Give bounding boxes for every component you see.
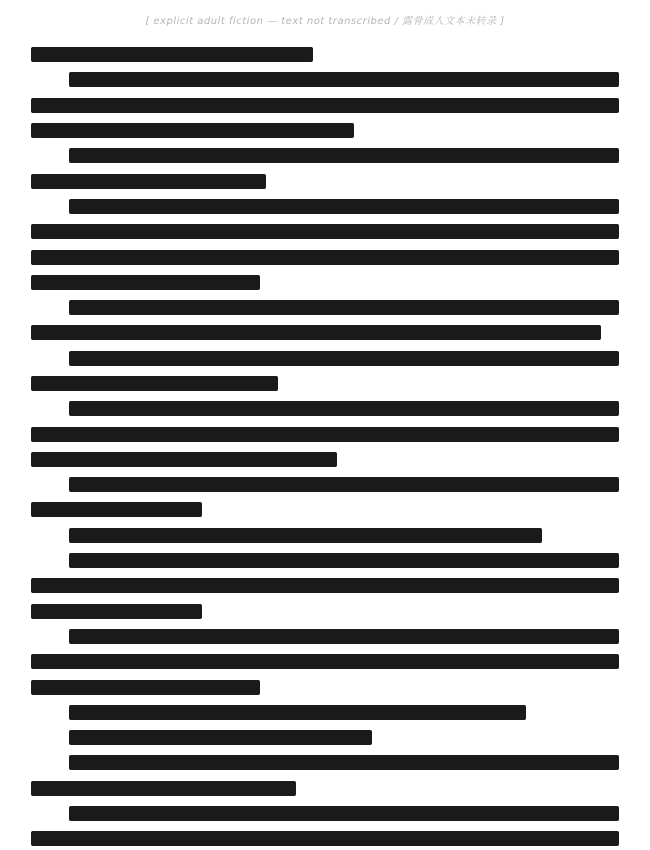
paragraph (31, 700, 619, 725)
redacted-text-line (31, 599, 619, 624)
redacted-text-line (31, 776, 619, 801)
redaction-bar (69, 477, 619, 492)
redacted-text-line (31, 320, 619, 345)
redacted-text-line (31, 750, 619, 775)
redaction-bar (69, 72, 619, 87)
redaction-bar (31, 325, 601, 340)
paragraph (31, 346, 619, 397)
redaction-bar (69, 300, 619, 315)
redaction-bar (31, 275, 260, 290)
paragraph (31, 750, 619, 801)
redaction-bar (31, 123, 354, 138)
document-page: [ explicit adult fiction — text not tran… (0, 0, 650, 850)
redaction-bar (69, 199, 619, 214)
redacted-text-line (31, 270, 619, 295)
redacted-text-line (31, 118, 619, 143)
redaction-bar (31, 376, 278, 391)
redacted-text-line (31, 573, 619, 598)
redacted-text-line (31, 801, 619, 826)
paragraph (31, 67, 619, 143)
redaction-bar (31, 174, 266, 189)
redacted-text-line (31, 244, 619, 269)
redaction-bar (31, 98, 619, 113)
redacted-text-line (31, 421, 619, 446)
text-column (31, 42, 619, 850)
redaction-bar (31, 680, 260, 695)
redaction-bar (31, 47, 313, 62)
redaction-bar (69, 705, 526, 720)
redaction-bar (69, 755, 619, 770)
paragraph (31, 725, 619, 750)
paragraph (31, 194, 619, 295)
redacted-text-line (31, 700, 619, 725)
redacted-text-line (31, 523, 619, 548)
redacted-text-line (31, 826, 619, 850)
redaction-bar (31, 427, 619, 442)
redacted-text-line (31, 143, 619, 168)
redaction-bar (69, 629, 619, 644)
redaction-bar (31, 452, 337, 467)
redaction-bar (69, 730, 372, 745)
redaction-bar (69, 351, 619, 366)
redacted-text-line (31, 472, 619, 497)
paragraph (31, 143, 619, 194)
redaction-bar (69, 148, 619, 163)
redaction-bar (31, 604, 202, 619)
redaction-bar (31, 224, 619, 239)
redaction-bar (69, 553, 619, 568)
redaction-bar (31, 250, 619, 265)
redacted-text-line (31, 497, 619, 522)
redacted-text-line (31, 674, 619, 699)
paragraph (31, 295, 619, 346)
redaction-bar (69, 806, 619, 821)
paragraph (31, 472, 619, 523)
paragraph (31, 42, 619, 67)
redacted-text-line (31, 649, 619, 674)
redaction-bar (31, 578, 619, 593)
redacted-text-line (31, 624, 619, 649)
redacted-text-line (31, 67, 619, 92)
paragraph (31, 624, 619, 700)
redaction-bar (31, 831, 619, 846)
redacted-text-line (31, 346, 619, 371)
redacted-text-line (31, 93, 619, 118)
redacted-text-line (31, 194, 619, 219)
redacted-text-line (31, 396, 619, 421)
redacted-text-line (31, 295, 619, 320)
redaction-bar (31, 781, 296, 796)
redaction-bar (69, 401, 619, 416)
redaction-bar (31, 502, 202, 517)
redacted-text-line (31, 42, 619, 67)
redacted-text-line (31, 168, 619, 193)
paragraph (31, 523, 619, 548)
redacted-text-line (31, 447, 619, 472)
paragraph (31, 396, 619, 472)
redaction-bar (31, 654, 619, 669)
redaction-bar (69, 528, 542, 543)
redacted-text-line (31, 371, 619, 396)
redacted-text-line (31, 219, 619, 244)
paragraph (31, 548, 619, 624)
redaction-notice: [ explicit adult fiction — text not tran… (0, 12, 650, 27)
redacted-text-line (31, 548, 619, 573)
redacted-text-line (31, 725, 619, 750)
paragraph (31, 801, 619, 850)
